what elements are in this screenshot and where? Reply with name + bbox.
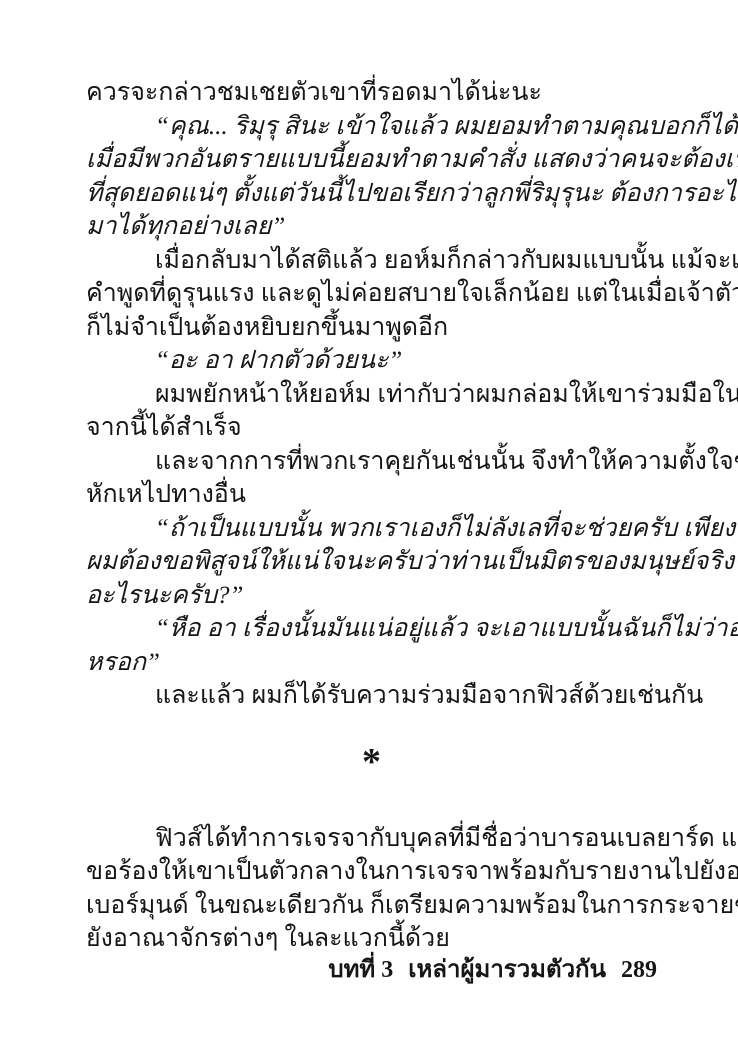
text-line: หักเหไปทางอื่น bbox=[86, 478, 657, 512]
chapter-title: เหล่าผู้มารวมตัวกัน bbox=[408, 957, 606, 983]
book-page: ควรจะกล่าวชมเชยตัวเขาที่รอดมาได้น่ะนะ“คุ… bbox=[0, 0, 738, 1051]
text-line: หรอก” bbox=[86, 646, 657, 680]
text-line: “อะ อา ฝากตัวด้วยนะ” bbox=[86, 344, 657, 378]
text-line: อะไรนะครับ?” bbox=[86, 579, 657, 613]
closing-section: ฟิวส์ได้ทำการเจรจากับบุคลที่มีชื่อว่าบาร… bbox=[86, 822, 657, 956]
text-line: ที่สุดยอดแน่ๆ ตั้งแต่วันนี้ไปขอเรียกว่าล… bbox=[86, 177, 657, 211]
text-line: เมื่อกลับมาได้สติแล้ว ยอห์มก็กล่าวกับผมแ… bbox=[86, 244, 657, 278]
text-line: เบอร์มุนด์ ในขณะเดียวกัน ก็เตรียมความพร้… bbox=[86, 889, 657, 923]
text-line: และแล้ว ผมก็ได้รับความร่วมมือจากฟิวส์ด้ว… bbox=[86, 679, 657, 713]
text-line: ผมต้องขอพิสูจน์ให้แน่ใจนะครับว่าท่านเป็น… bbox=[86, 545, 657, 579]
page-number: 289 bbox=[621, 957, 657, 983]
text-line: ฟิวส์ได้ทำการเจรจากับบุคลที่มีชื่อว่าบาร… bbox=[86, 822, 657, 856]
chapter-label: บทที่ 3 bbox=[328, 957, 393, 983]
text-line: ขอร้องให้เขาเป็นตัวกลางในการเจรจาพร้อมกั… bbox=[86, 855, 657, 889]
text-line: “หือ อา เรื่องนั้นมันแน่อยู่แล้ว จะเอาแบ… bbox=[86, 612, 657, 646]
page-footer: บทที่ 3 เหล่าผู้มารวมตัวกัน 289 bbox=[86, 954, 657, 987]
text-line: จากนี้ได้สำเร็จ bbox=[86, 411, 657, 445]
text-line: ก็ไม่จำเป็นต้องหยิบยกขึ้นมาพูดอีก bbox=[86, 311, 657, 345]
text-line: ควรจะกล่าวชมเชยตัวเขาที่รอดมาได้น่ะนะ bbox=[86, 76, 657, 110]
body-section: ควรจะกล่าวชมเชยตัวเขาที่รอดมาได้น่ะนะ“คุ… bbox=[86, 76, 657, 713]
text-line: และจากการที่พวกเราคุยกันเช่นนั้น จึงทำให… bbox=[86, 445, 657, 479]
text-line: คำพูดที่ดูรุนแรง และดูไม่ค่อยสบายใจเล็กน… bbox=[86, 277, 657, 311]
page-body: ควรจะกล่าวชมเชยตัวเขาที่รอดมาได้น่ะนะ“คุ… bbox=[86, 76, 657, 987]
text-line: “ถ้าเป็นแบบนั้น พวกเราเองก็ไม่ลังเลที่จะ… bbox=[86, 512, 657, 546]
text-line: ยังอาณาจักรต่างๆ ในละแวกนี้ด้วย bbox=[86, 922, 657, 956]
text-line: “คุณ... ริมุรุ สินะ เข้าใจแล้ว ผมยอมทำตา… bbox=[86, 110, 657, 144]
text-line: ผมพยักหน้าให้ยอห์ม เท่ากับว่าผมกล่อมให้เ… bbox=[86, 378, 657, 412]
text-line: เมื่อมีพวกอันตรายแบบนี้ยอมทำตามคำสั่ง แส… bbox=[86, 143, 657, 177]
section-divider: * bbox=[86, 745, 657, 779]
text-line: มาได้ทุกอย่างเลย” bbox=[86, 210, 657, 244]
